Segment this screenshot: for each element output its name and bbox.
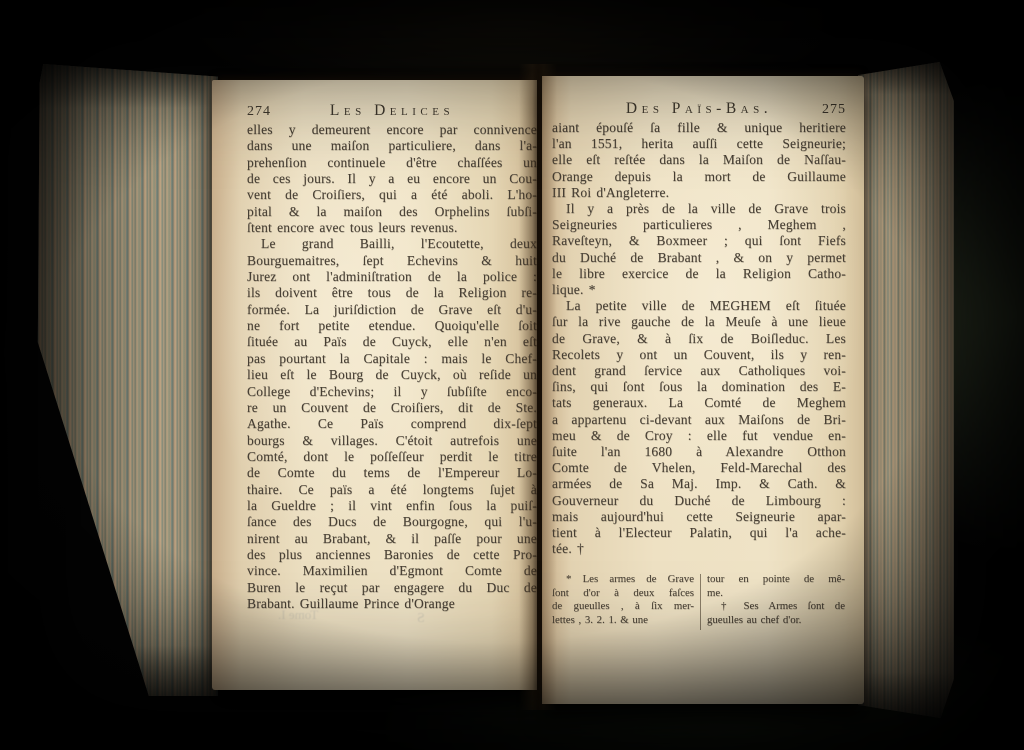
left-page-text: elles y demeurent encore par connivenced… [247, 122, 537, 612]
text-line: a appartenu ci-devant aux Maiſons de Bri… [552, 412, 846, 428]
text-line: La petite ville de MEGHEM eſt ſituée [552, 298, 846, 314]
text-line: Buren le reçut par engagere du Duc de [247, 580, 537, 596]
text-line: ſituée au Païs de Cuyck, elle n'en eſt [247, 334, 537, 350]
text-line: me. [707, 587, 845, 601]
book-gutter [519, 64, 557, 710]
text-line: armées de Sa Maj. Imp. & Cath. & [552, 476, 846, 492]
text-line: dans une maiſon particuliere, dans l'a- [247, 138, 537, 154]
text-line: prehenſion continuele d'être chaſſées un [247, 155, 537, 171]
text-line: du Duché de Brabant , & on y permet [552, 250, 846, 266]
text-line: tour en pointe de mê- [707, 573, 845, 587]
text-line: lettes , 3. 2. 1. & une [552, 614, 694, 628]
text-line: Comté, dont le poſſeſſeur perdit le titr… [247, 449, 537, 465]
showthrough-text: Tome I. [278, 607, 318, 623]
text-line: le libre exercice de la Religion Catho- [552, 266, 846, 282]
text-line: ſont d'or à deux faſces [552, 587, 694, 601]
text-line: lieu eſt le Bourg de Cuyck, où reſide un [247, 367, 537, 383]
text-line: mais aujourd'hui cette Seigneurie apar- [552, 509, 846, 525]
text-line: elles y demeurent encore par connivence [247, 122, 537, 138]
text-line: College d'Echevins; il y ſubſiſte enco- [247, 384, 537, 400]
text-line: ſur la rive gauche de la Meuſe à une lie… [552, 314, 846, 330]
text-line: de gueulles , à ſix mer- [552, 600, 694, 614]
footnote-column-left: * Les armes de Graveſont d'or à deux faſ… [552, 573, 694, 630]
text-line: elle eſt reſtée dans la Maiſon de Naſſau… [552, 152, 846, 168]
text-line: ils doivent être tous de la Religion re- [247, 285, 537, 301]
footnote-divider [700, 574, 701, 630]
left-running-head: 274 Les Delices [247, 102, 537, 122]
text-line: aiant épouſé ſa fille & unique heritiere [552, 120, 846, 136]
page-edges-left [36, 64, 218, 696]
text-line: Orange depuis la mort de Guillaume [552, 169, 846, 185]
text-line: ne fort petite etendue. Quoiqu'elle ſoit [247, 318, 537, 334]
text-line: Comte de Vhelen, Feld-Marechal des [552, 460, 846, 476]
text-line: Il y a près de la ville de Grave trois [552, 201, 846, 217]
text-line: de ces jours. Il y a eu encore un Cou- [247, 171, 537, 187]
text-line: vent de Croiſiers, qui a été aboli. L'ho… [247, 187, 537, 203]
left-page-number: 274 [247, 104, 297, 120]
footnote-column-right: tour en pointe de mê-me.† Ses Armes ſont… [707, 573, 845, 630]
text-line: Seigneuries particulieres , Meghem , [552, 217, 846, 233]
text-line: ſins, qui ſont ſous la domination des E- [552, 379, 846, 395]
text-line: Gouverneur du Duché de Limbourg : [552, 493, 846, 509]
text-line: meu & de Croy : elle fut vendue en- [552, 428, 846, 444]
text-line: Bourguemaitres, ſept Echevins & huit [247, 253, 537, 269]
text-line: gueulles au chef d'or. [707, 614, 845, 628]
text-line: pas pourtant la Capitale : mais le Chef- [247, 351, 537, 367]
right-running-title: Des Païs-Bas. [602, 100, 796, 118]
left-running-title: Les Delices [297, 102, 487, 120]
text-line: tée. † [552, 541, 846, 557]
book-photo: 274 Les Delices elles y demeurent encore… [0, 0, 1024, 750]
page-edges-right [858, 62, 954, 718]
signature-mark: S [417, 611, 425, 627]
text-line: Agathe. Ce Païs comprend dix-ſept [247, 416, 537, 432]
text-line: l'an 1551, herita auſſi cette Seigneurie… [552, 136, 846, 152]
text-line: Jurez ont l'adminiſtration de la police … [247, 269, 537, 285]
text-line: tient à l'Electeur Palatin, qui l'a ache… [552, 525, 846, 541]
text-line: vince. Maximilien d'Egmont Comte de [247, 563, 537, 579]
text-line: ſuite l'an 1680 à Alexandre Otthon [552, 444, 846, 460]
text-line: ſtent encore avec tous leurs revenus. [247, 220, 537, 236]
text-line: tats generaux. La Comté de Meghem [552, 395, 846, 411]
text-line: lique. * [552, 282, 846, 298]
footnotes: * Les armes de Graveſont d'or à deux faſ… [552, 573, 846, 630]
right-page: Des Païs-Bas. 275 aiant épouſé ſa fille … [542, 76, 864, 704]
text-line: ſance des Ducs de Bourgogne, qui l'u- [247, 514, 537, 530]
text-line: bourgs & villages. C'étoit autrefois une [247, 433, 537, 449]
right-running-head: Des Païs-Bas. 275 [552, 100, 846, 120]
text-line: re un Couvent de Croiſiers, dit de Ste. [247, 400, 537, 416]
text-line: de Comte du tems de l'Empereur Lo- [247, 465, 537, 481]
text-line: † Ses Armes ſont de [707, 600, 845, 614]
text-line: formée. La juriſdiction de Grave eſt d'u… [247, 302, 537, 318]
text-line: III Roi d'Angleterre. [552, 185, 846, 201]
text-line: des plus anciennes Baronies de cette Pro… [247, 547, 537, 563]
text-line: Le grand Bailli, l'Ecoutette, deux [247, 236, 537, 252]
right-page-number: 275 [796, 102, 846, 118]
left-page: 274 Les Delices elles y demeurent encore… [212, 80, 537, 690]
text-line: dent grand ſervice aux Catholiques voi- [552, 363, 846, 379]
text-line: * Les armes de Grave [552, 573, 694, 587]
text-line: Recolets y ont un Couvent, ils y ren- [552, 347, 846, 363]
text-line: thaire. Ce païs a été longtems ſujet à [247, 482, 537, 498]
text-line: de Grave, & à ſix de Boiſleduc. Les [552, 331, 846, 347]
right-page-text: aiant épouſé ſa fille & unique heritiere… [552, 120, 846, 557]
text-line: nirent au Brabant, & il paſſe pour une [247, 531, 537, 547]
text-line: la Gueldre ; il vint enfin ſous la puiſ- [247, 498, 537, 514]
text-line: pital & la maiſon des Orphelins ſubſi- [247, 204, 537, 220]
text-line: Raveſteyn, & Boxmeer ; qui ſont Fiefs [552, 233, 846, 249]
